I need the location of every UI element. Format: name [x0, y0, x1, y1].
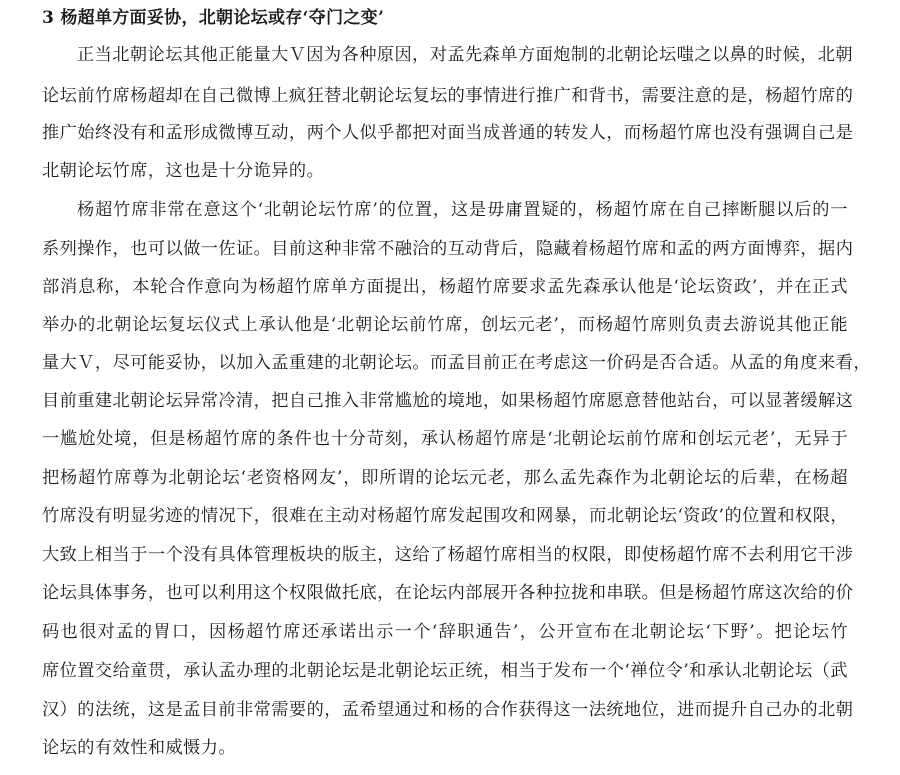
paragraph-1-line-1: 正当北朝论坛其他正能量大Ｖ因为各种原因，对孟先森单方面炮制的北朝论坛嗤之以鼻的时…	[77, 43, 848, 67]
paragraph-2-line-8: 把杨超竹席尊为北朝论坛‘老资格网友’，即所谓的论坛元老，那么孟先森作为北朝论坛的…	[42, 466, 848, 490]
paragraph-2-line-2: 系列操作，也可以做一佐证。目前这种非常不融洽的互动背后，隐藏着杨超竹席和孟的两方…	[42, 237, 848, 261]
paragraph-2-line-11: 论坛具体事务，也可以利用这个权限做托底，在论坛内部展开各种拉拢和串联。但是杨超竹…	[42, 581, 848, 605]
paragraph-2-line-9: 竹席没有明显劣迹的情况下，很难在主动对杨超竹席发起围攻和网暴，而北朝论坛‘资政’…	[42, 504, 848, 528]
paragraph-2-line-15: 论坛的有效性和威慑力。	[42, 736, 236, 760]
paragraph-2-line-1: 杨超竹席非常在意这个‘北朝论坛竹席’的位置，这是毋庸置疑的，杨超竹席在自己摔断腿…	[77, 198, 848, 222]
paragraph-2-line-4: 举办的北朝论坛复坛仪式上承认他是‘北朝论坛前竹席，创坛元老’，而杨超竹席则负责去…	[42, 313, 848, 337]
paragraph-1-line-2: 论坛前竹席杨超却在自己微博上疯狂替北朝论坛复坛的事情进行推广和背书，需要注意的是…	[42, 84, 848, 108]
paragraph-1-line-3: 推广始终没有和孟形成微博互动，两个人似乎都把对面当成普通的转发人，而杨超竹席也没…	[42, 121, 848, 145]
paragraph-1-line-4: 北朝论坛竹席，这也是十分诡异的。	[42, 159, 324, 183]
paragraph-2-line-14: 汉）的法统，这是孟目前非常需要的，孟希望通过和杨的合作获得这一法统地位，进而提升…	[42, 698, 848, 722]
paragraph-2-line-10: 大致上相当于一个没有具体管理板块的版主，这给了杨超竹席相当的权限，即使杨超竹席不…	[42, 543, 848, 567]
paragraph-2-line-5: 量大Ｖ，尽可能妥协，以加入孟重建的北朝论坛。而孟目前正在考虑这一价码是否合适。从…	[42, 351, 848, 375]
section-heading: 3 杨超单方面妥协，北朝论坛或存‘夺门之变’	[42, 6, 384, 30]
paragraph-2-line-12: 码也很对孟的胃口，因杨超竹席还承诺出示一个‘辞职通告’，公开宣布在北朝论坛‘下野…	[42, 620, 848, 644]
paragraph-2-line-7: 一尴尬处境，但是杨超竹席的条件也十分苛刻，承认杨超竹席是‘北朝论坛前竹席和创坛元…	[42, 427, 848, 451]
paragraph-2-line-3: 部消息称，本轮合作意向为杨超竹席单方面提出，杨超竹席要求孟先森承认他是‘论坛资政…	[42, 275, 848, 299]
paragraph-2-line-6: 目前重建北朝论坛异常冷清，把自己推入非常尴尬的境地，如果杨超竹席愿意替他站台，可…	[42, 389, 848, 413]
paragraph-2-line-13: 席位置交给童贯，承认孟办理的北朝论坛是北朝论坛正统，相当于发布一个‘禅位令’和承…	[42, 659, 848, 683]
